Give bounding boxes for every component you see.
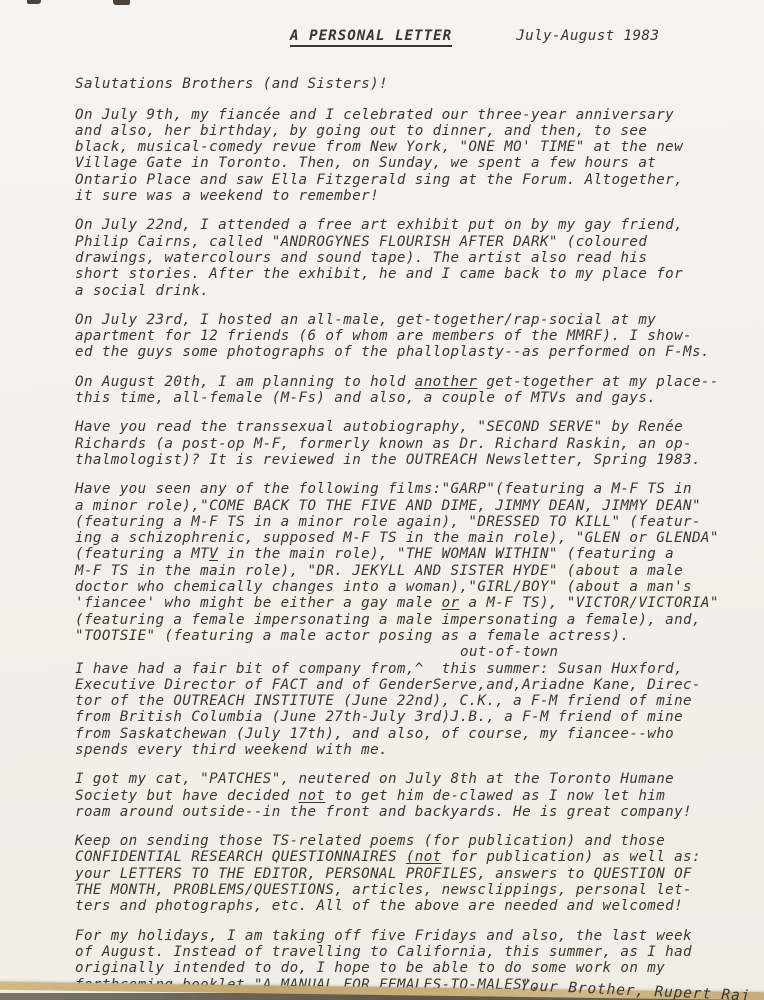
letter-date: July-August 1983: [516, 28, 659, 44]
typed-line: this time, all-female (M-Fs) and also, a…: [75, 390, 723, 406]
paragraph: On July 9th, my fiancée and I celebrated…: [75, 107, 723, 205]
typed-line: Ontario Place and saw Ella Fitzgerald si…: [75, 172, 723, 188]
typed-line: roam around outside--in the front and ba…: [75, 804, 723, 820]
typed-line: "TOOTSIE" (featuring a male actor posing…: [75, 628, 723, 644]
scanned-page: A PERSONAL LETTER July-August 1983 Salut…: [0, 0, 764, 1000]
typed-line: (featuring a female impersonating a male…: [75, 612, 723, 628]
typed-line: of August. Instead of travelling to Cali…: [75, 944, 723, 960]
typed-line: For my holidays, I am taking off five Fr…: [75, 928, 723, 944]
typed-line: out-of-town: [460, 644, 723, 660]
typed-line: from Saskatchewan (July 17th), and also,…: [75, 726, 723, 742]
typed-line: spends every third weekend with me.: [75, 742, 723, 758]
typed-line: ters and photographs, etc. All of the ab…: [75, 898, 723, 914]
paragraph: I have had a fair bit of company from,^ …: [75, 661, 723, 759]
typed-line: (featuring a MTV in the main role), "THE…: [75, 546, 723, 562]
letter: A PERSONAL LETTER July-August 1983 Salut…: [75, 28, 723, 1000]
typed-line: ing a schizophrenic, supposed M-F TS in …: [75, 530, 723, 546]
typed-line: short stories. After the exhibit, he and…: [75, 266, 723, 282]
typed-line: I got my cat, "PATCHES", neutered on Jul…: [75, 771, 723, 787]
typed-line: 'fiancee' who might be either a gay male…: [75, 595, 723, 611]
typed-line: On July 9th, my fiancée and I celebrated…: [75, 107, 723, 123]
typed-line: Village Gate in Toronto. Then, on Sunday…: [75, 155, 723, 171]
typed-line: it sure was a weekend to remember!: [75, 188, 723, 204]
paragraph: I got my cat, "PATCHES", neutered on Jul…: [75, 771, 723, 820]
paragraph: Have you seen any of the following films…: [75, 481, 723, 644]
typed-line: I have had a fair bit of company from,^ …: [75, 661, 723, 677]
letter-title: A PERSONAL LETTER: [290, 28, 452, 47]
typed-line: Philip Cairns, called "ANDROGYNES FLOURI…: [75, 234, 723, 250]
paragraph: On July 22nd, I attended a free art exhi…: [75, 217, 723, 298]
typed-line: On August 20th, I am planning to hold an…: [75, 374, 723, 390]
typed-line: Have you seen any of the following films…: [75, 481, 723, 497]
paragraph: Have you read the transsexual autobiogra…: [75, 419, 723, 468]
typed-line: drawings, watercolours and sound tape). …: [75, 250, 723, 266]
paragraph: On August 20th, I am planning to hold an…: [75, 374, 723, 407]
scan-artifact: [27, 0, 41, 4]
salutation: Salutations Brothers (and Sisters)!: [75, 76, 723, 92]
typed-line: Keep on sending those TS-related poems (…: [75, 833, 723, 849]
typed-line: originally intended to do, I hope to be …: [75, 960, 723, 976]
typed-line: your LETTERS TO THE EDITOR, PERSONAL PRO…: [75, 866, 723, 882]
typed-line: a social drink.: [75, 283, 723, 299]
typed-line: M-F TS in the main role), "DR. JEKYLL AN…: [75, 563, 723, 579]
typed-line: doctor who chemically changes into a wom…: [75, 579, 723, 595]
typed-insertion: out-of-town: [460, 644, 723, 660]
typed-line: apartment for 12 friends (6 of whom are …: [75, 328, 723, 344]
letter-body: On July 9th, my fiancée and I celebrated…: [75, 107, 723, 993]
typed-line: Executive Director of FACT and of Gender…: [75, 677, 723, 693]
typed-line: a minor role),"COME BACK TO THE FIVE AND…: [75, 498, 723, 514]
typed-line: Have you read the transsexual autobiogra…: [75, 419, 723, 435]
paragraph: Keep on sending those TS-related poems (…: [75, 833, 723, 914]
typed-line: (featuring a M-F TS in a minor role agai…: [75, 514, 723, 530]
typed-line: CONFIDENTIAL RESEARCH QUESTIONNAIRES (no…: [75, 849, 723, 865]
typed-line: On July 22nd, I attended a free art exhi…: [75, 217, 723, 233]
typed-line: THE MONTH, PROBLEMS/QUESTIONS, articles,…: [75, 882, 723, 898]
typed-line: On July 23rd, I hosted an all-male, get-…: [75, 312, 723, 328]
typed-line: and also, her birthday, by going out to …: [75, 123, 723, 139]
paragraph: On July 23rd, I hosted an all-male, get-…: [75, 312, 723, 361]
scan-artifact: [113, 0, 130, 5]
typed-line: black, musical-comedy revue from New Yor…: [75, 139, 723, 155]
typed-line: from British Columbia (June 27th-July 3r…: [75, 709, 723, 725]
typed-line: Society but have decided not to get him …: [75, 788, 723, 804]
letter-header: A PERSONAL LETTER July-August 1983: [290, 28, 723, 47]
typed-line: thalmologist)? It is reviewed in the OUT…: [75, 452, 723, 468]
typed-line: Richards (a post-op M-F, formerly known …: [75, 436, 723, 452]
typed-line: tor of the OUTREACH INSTITUTE (June 22nd…: [75, 693, 723, 709]
typed-line: ed the guys some photographs of the phal…: [75, 344, 723, 360]
